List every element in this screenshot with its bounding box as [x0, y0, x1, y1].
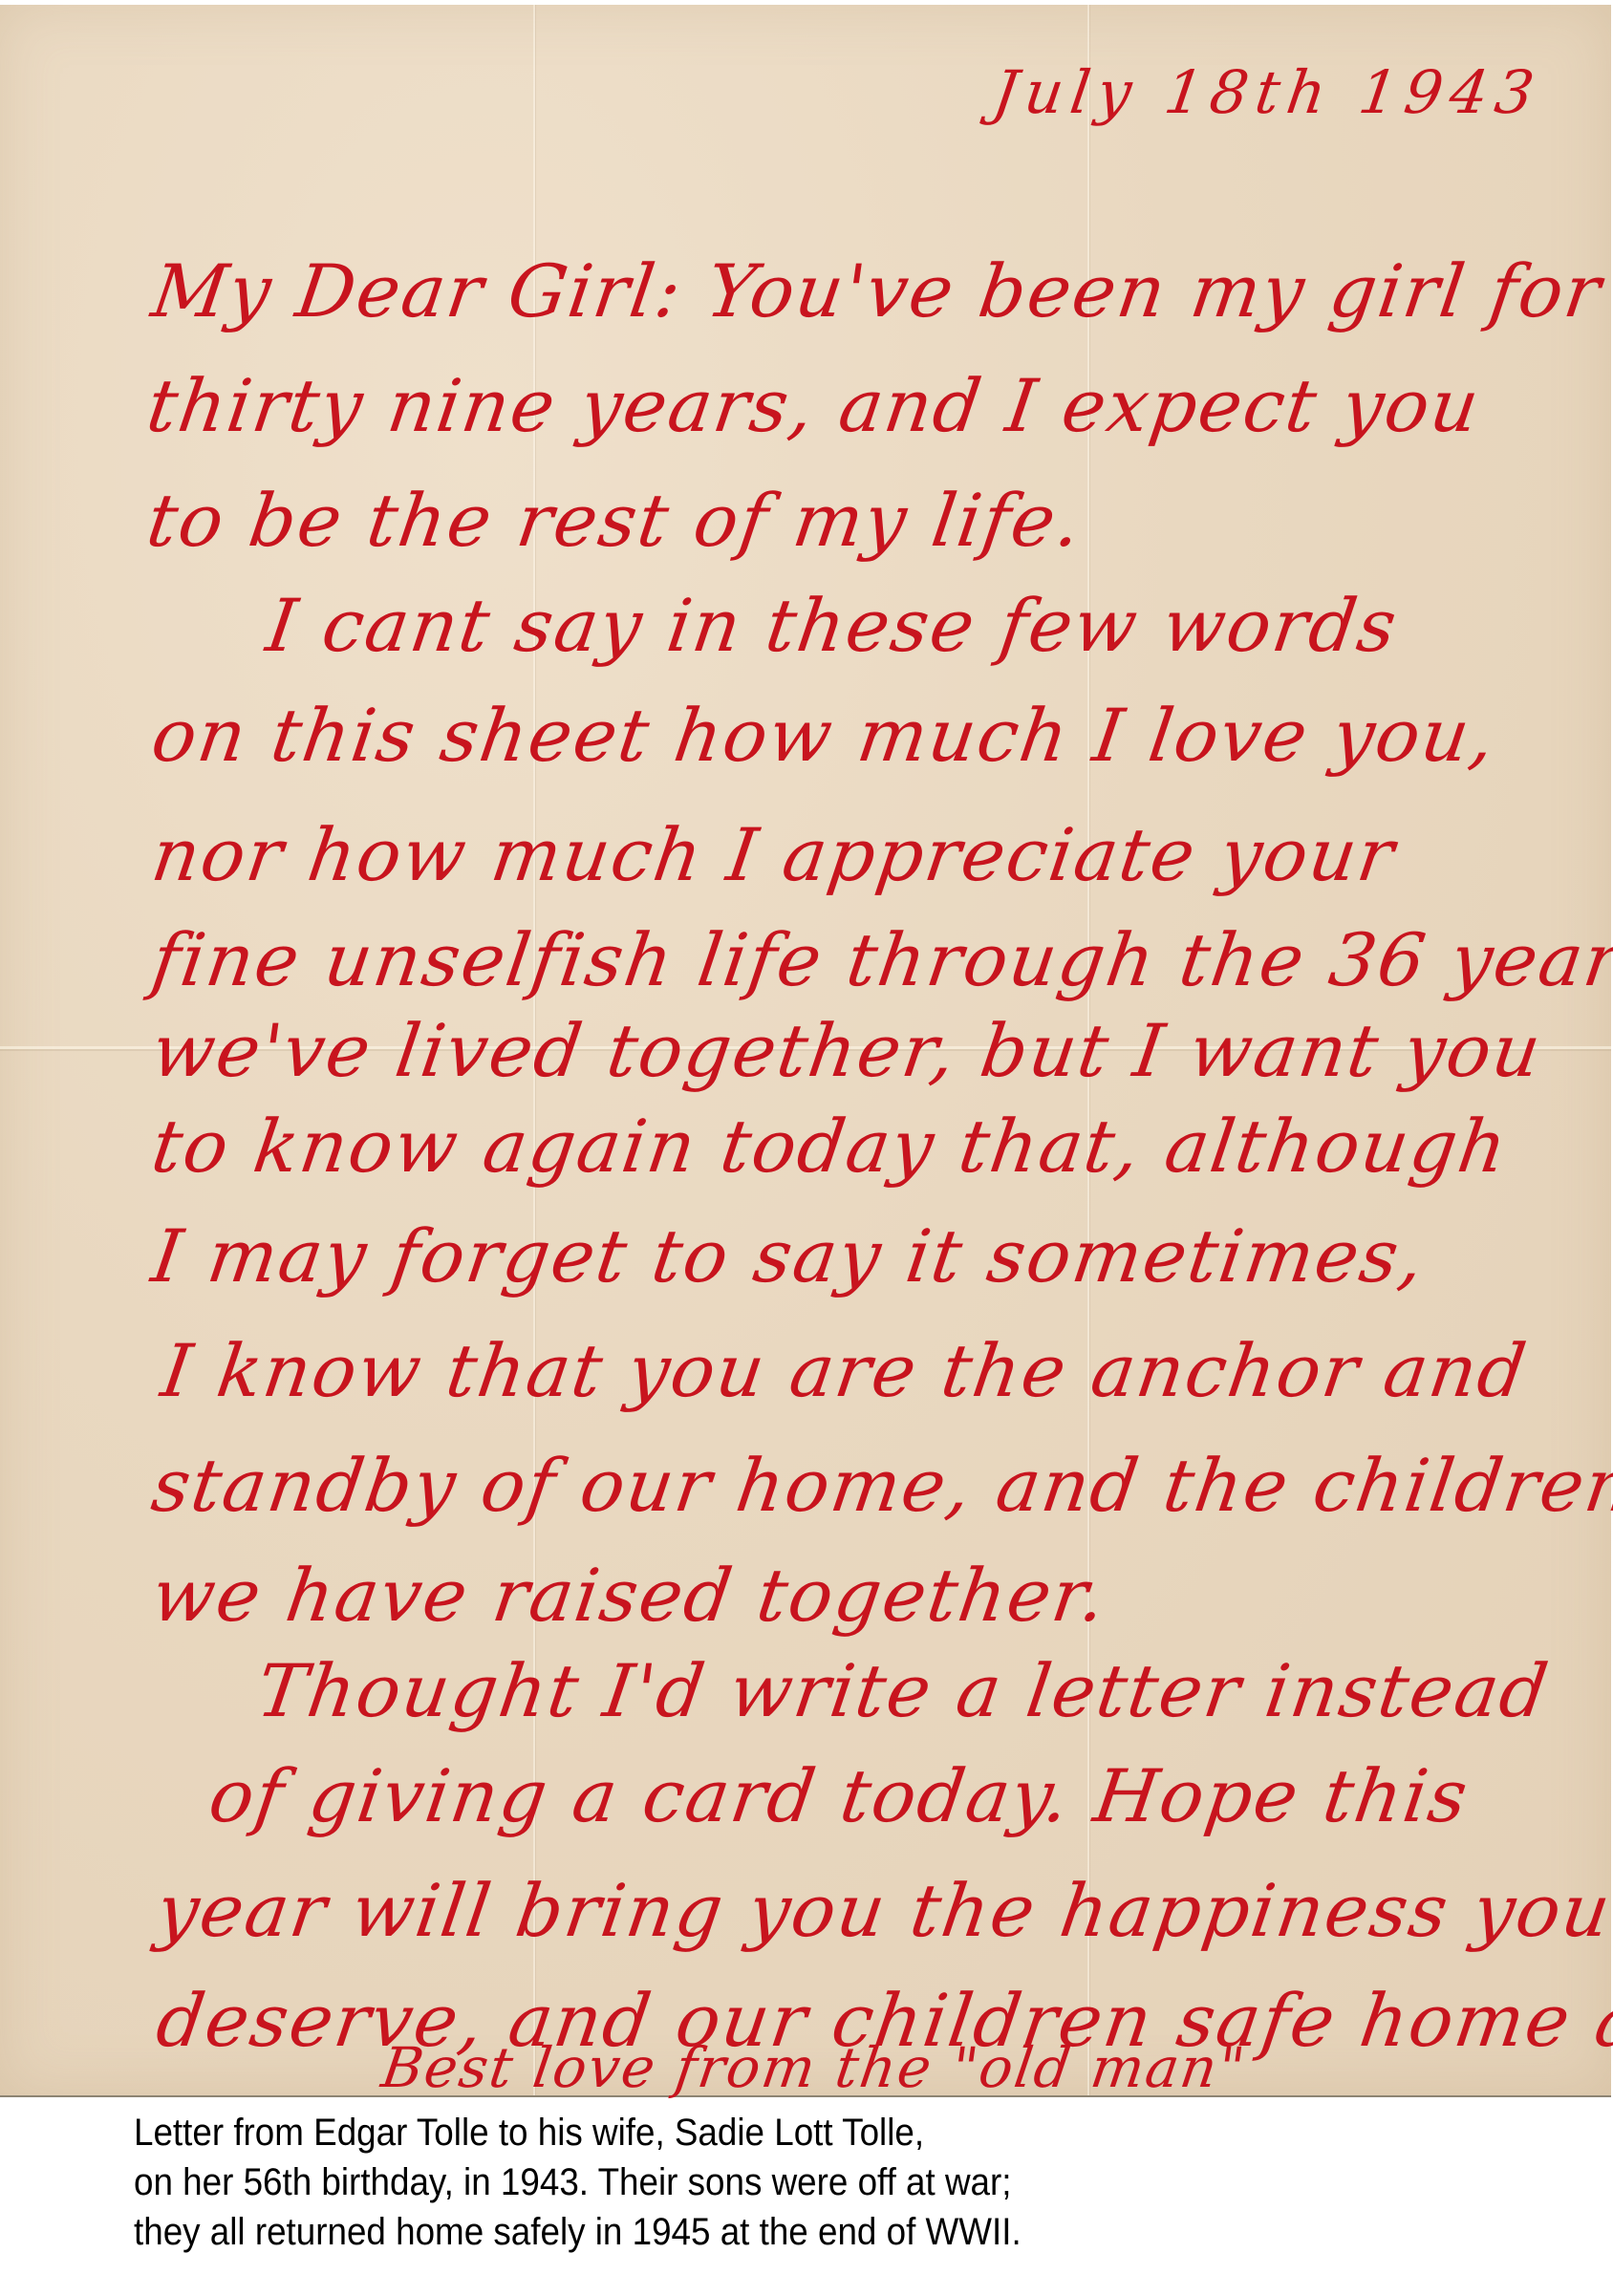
- letter-line: fine unselfish life through the 36 years: [147, 917, 1613, 1002]
- letter-line: My Dear Girl: You've been my girl for: [147, 248, 1608, 333]
- letter-paper: July 18th 1943 My Dear Girl: You've been…: [0, 5, 1611, 2097]
- letter-line: I may forget to say it sometimes,: [147, 1213, 1430, 1298]
- caption-line: they all returned home safely in 1945 at…: [134, 2207, 1409, 2257]
- photo-caption: Letter from Edgar Tolle to his wife, Sad…: [134, 2108, 1409, 2257]
- letter-line: thirty nine years, and I expect you: [142, 363, 1486, 448]
- letter-line: Thought I'd write a letter instead: [252, 1648, 1555, 1733]
- letter-line: we have raised together.: [147, 1553, 1112, 1638]
- letter-line: to know again today that, although: [147, 1104, 1514, 1189]
- letter-line: on this sheet how much I love you,: [147, 693, 1502, 778]
- letter-line: nor how much I appreciate your: [147, 812, 1401, 897]
- letter-line: to be the rest of my life.: [142, 478, 1087, 563]
- letter-line: we've lived together, but I want you: [147, 1008, 1548, 1093]
- letter-line: I cant say in these few words: [262, 583, 1404, 668]
- caption-line: Letter from Edgar Tolle to his wife, Sad…: [134, 2108, 1409, 2157]
- letter-line: I know that you are the anchor and: [157, 1328, 1533, 1413]
- letter-date: July 18th 1943: [989, 57, 1546, 127]
- letter-line: of giving a card today. Hope this: [204, 1753, 1474, 1838]
- letter-line: year will bring you the happiness you: [152, 1868, 1613, 1953]
- letter-signoff: Best love from the "old man": [377, 2035, 1250, 2100]
- letter-line: standby of our home, and the children: [147, 1443, 1613, 1528]
- caption-line: on her 56th birthday, in 1943. Their son…: [134, 2157, 1409, 2207]
